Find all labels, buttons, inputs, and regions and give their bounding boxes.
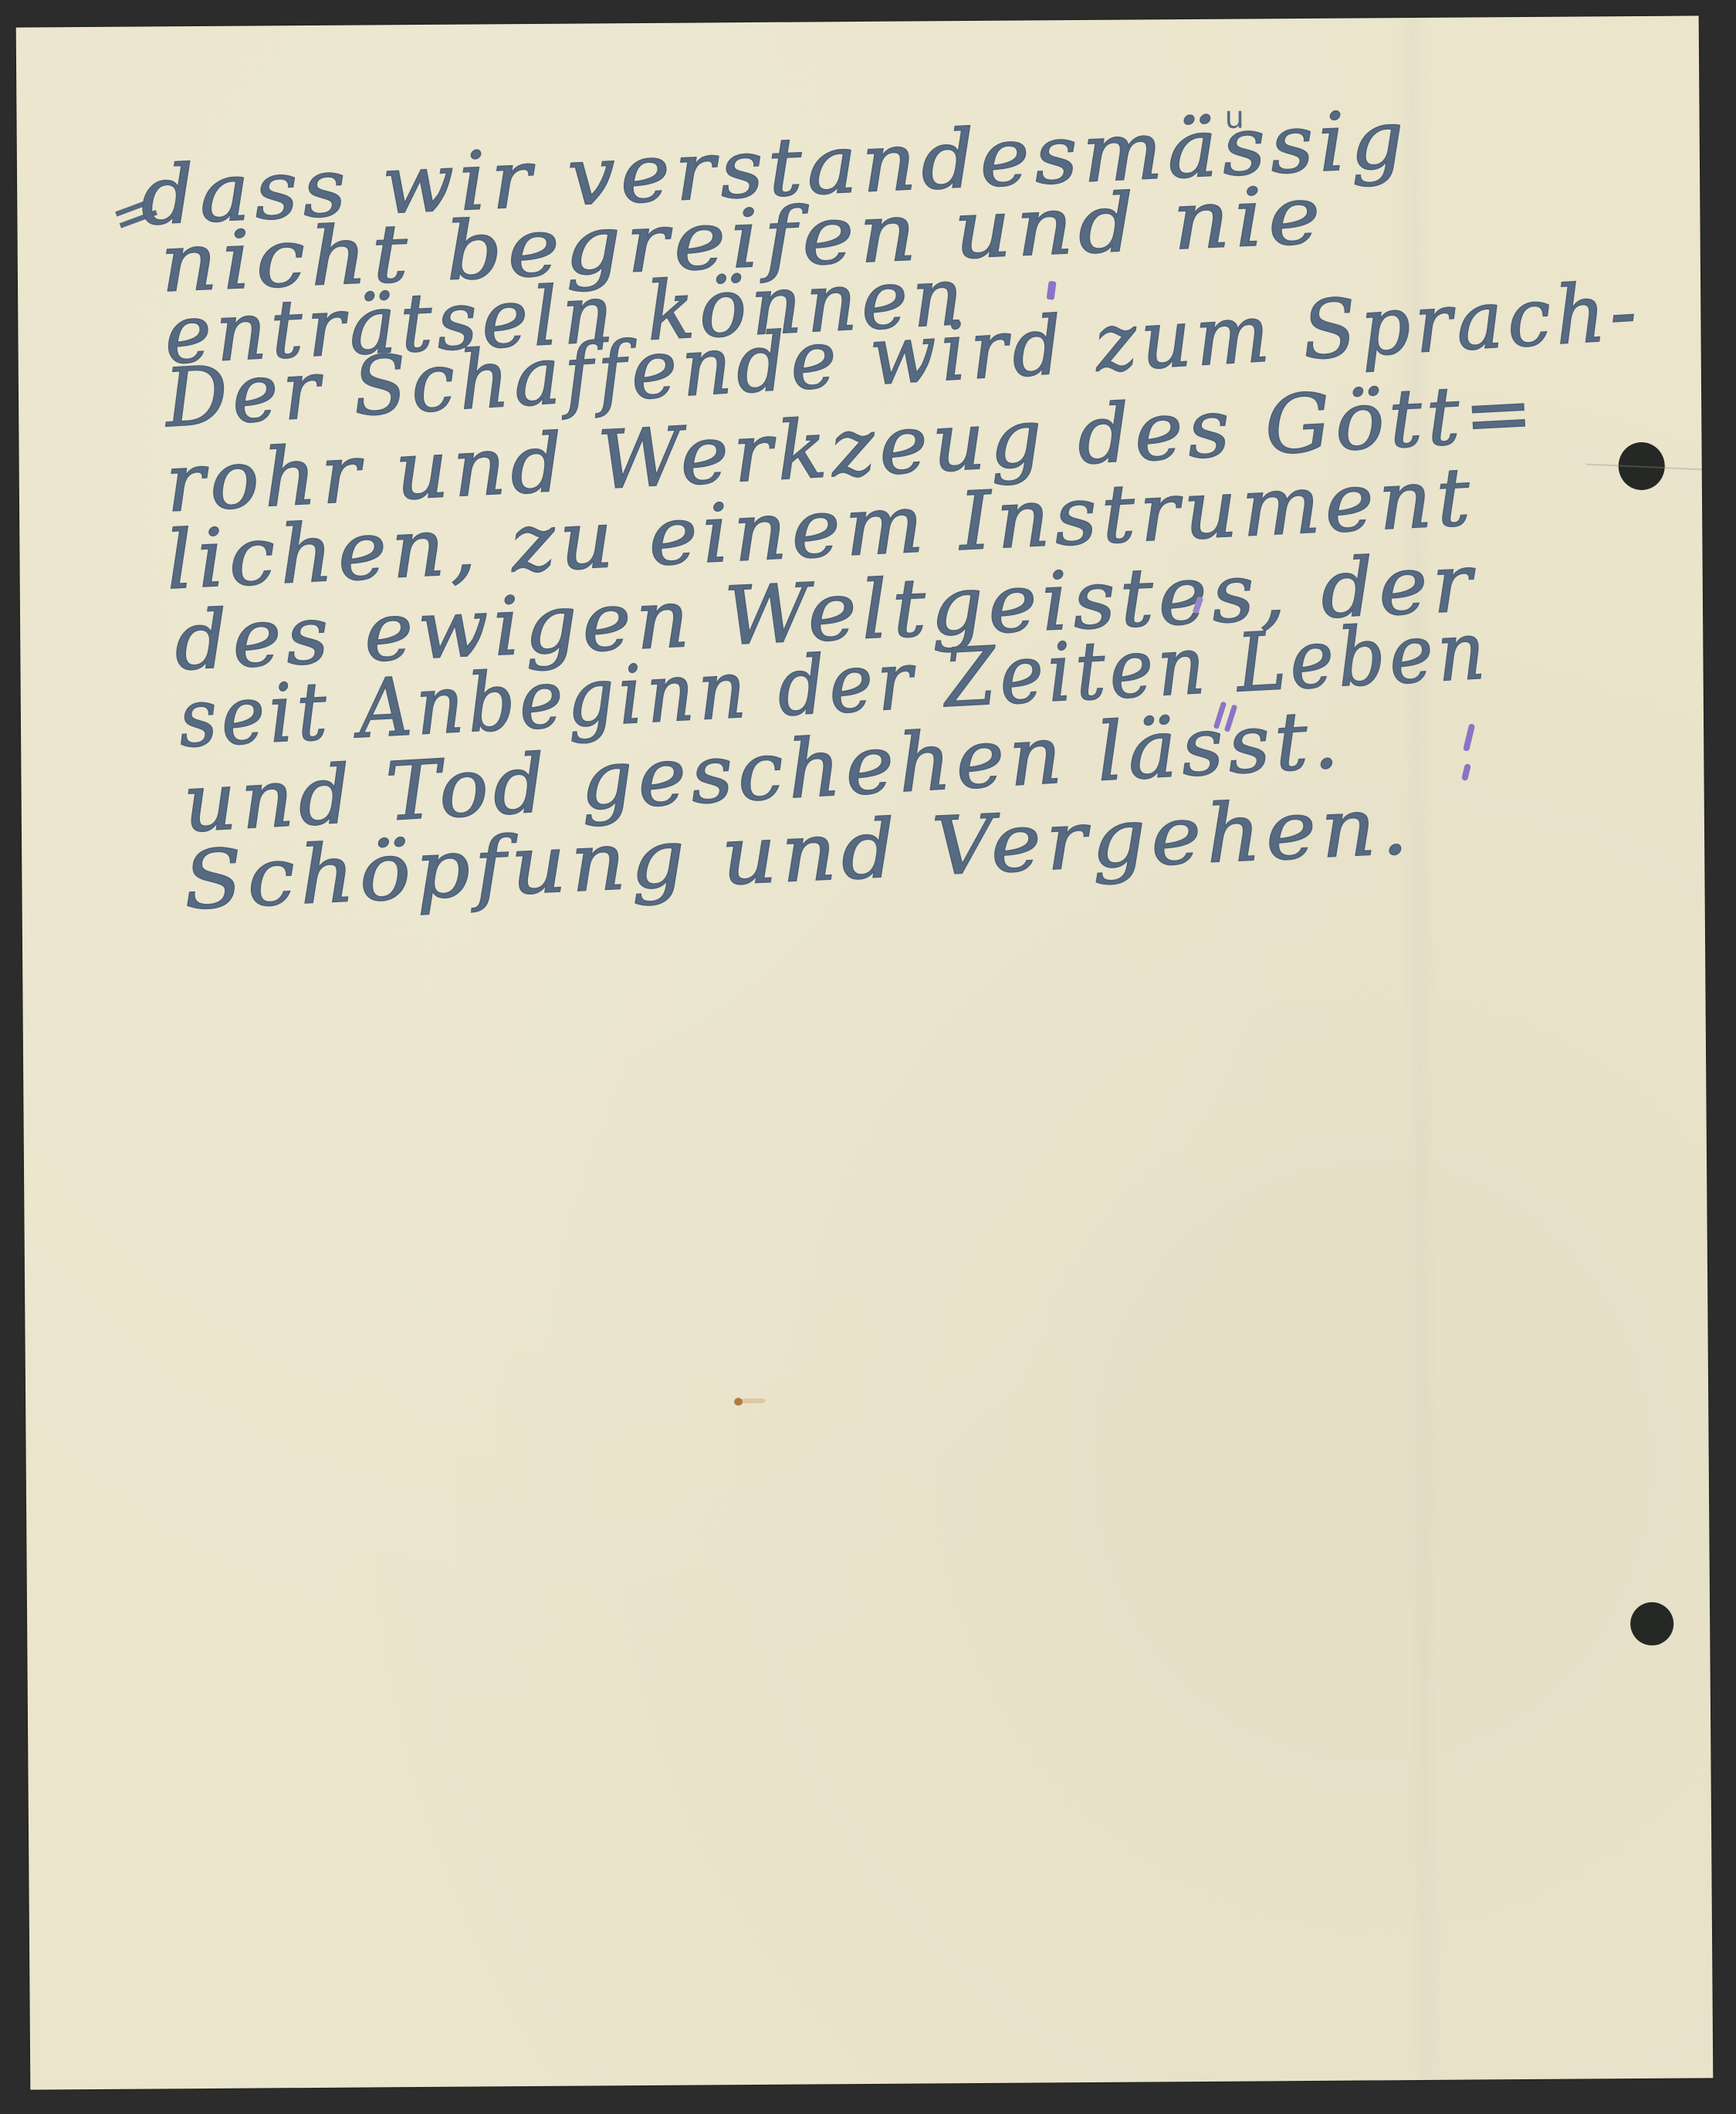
pencil-umlaut-mark: [1214, 702, 1237, 732]
manuscript-page: = u dass wir verstandesmässig nicht begr…: [16, 15, 1714, 2089]
punch-hole-bottom: [1630, 1602, 1673, 1646]
ink-stain-trail: [742, 1399, 765, 1403]
pencil-exclamation-mark: [1463, 723, 1474, 785]
pencil-tick-mark: [1047, 281, 1057, 300]
